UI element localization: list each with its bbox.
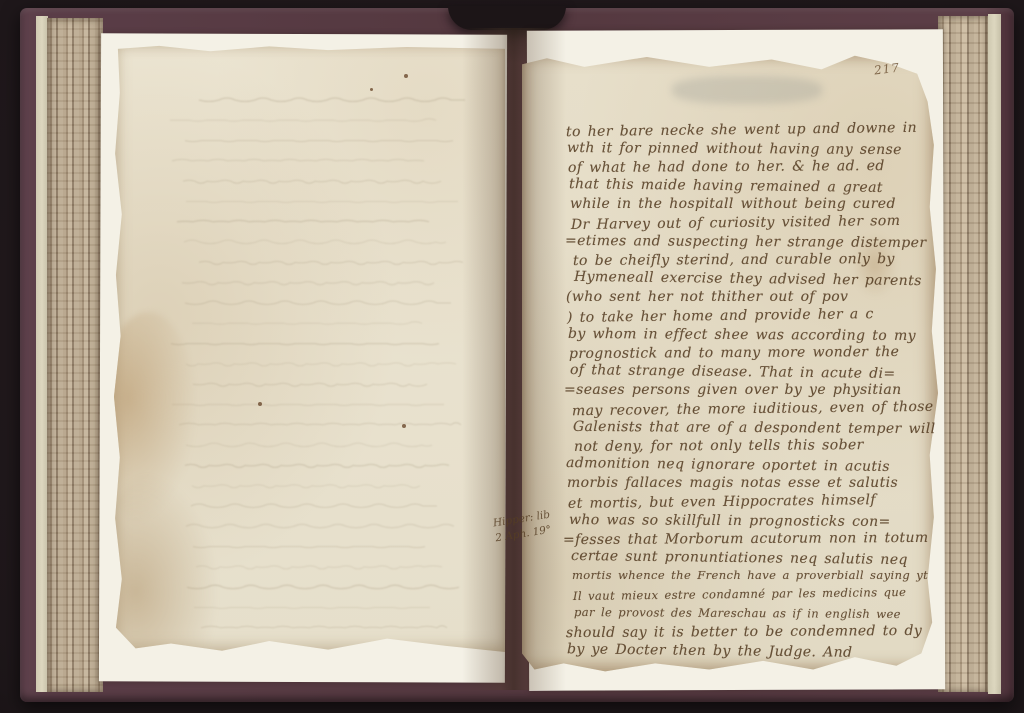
manuscript-book-photo: 217 Hipper: lib 2 Aph. 19° to her bare n… (0, 0, 1024, 713)
bleedthrough-line (185, 141, 453, 142)
ink-speck (402, 424, 406, 428)
manuscript-text-line: of what he had done to her. & he ad. ed (568, 158, 885, 176)
manuscript-text-line: ) to take her home and provide her a c (567, 306, 874, 326)
bleedthrough-line (194, 608, 430, 609)
manuscript-text-line: Hymeneall exercise they advised her pare… (574, 269, 922, 289)
manuscript-text-line: Il vaut mieux estre condamné par les med… (573, 585, 906, 603)
bleedthrough-line (186, 443, 432, 447)
bleedthrough-line (186, 524, 454, 528)
bleedthrough-line (196, 566, 442, 569)
right-page-block-edge (938, 16, 989, 692)
paper-smudge (672, 76, 822, 104)
bleedthrough-line (172, 405, 444, 406)
manuscript-text-line: by whom in effect shee was according to … (568, 326, 916, 344)
manuscript-text-line: admonition neq ignorare oportet in acuti… (566, 455, 890, 475)
bleedthrough-line (201, 626, 447, 628)
bleedthrough-line (182, 282, 434, 285)
right-flyleaf-edge (988, 14, 1001, 694)
manuscript-text-line: =seases persons given over by ye physiti… (564, 382, 902, 398)
ink-speck (404, 74, 408, 78)
bleedthrough-line (199, 98, 465, 102)
bleedthrough-line (183, 180, 441, 183)
bleedthrough-line (177, 220, 429, 222)
bleedthrough-line (184, 240, 446, 244)
bleedthrough-line (171, 344, 439, 345)
ink-speck (258, 402, 262, 406)
manuscript-text-line: prognostick and to many more wonder the (569, 344, 899, 362)
manuscript-text-line: par le provost des Mareschau as if in en… (574, 605, 901, 621)
manuscript-text-line: may recover, the more iuditious, even of… (572, 399, 934, 419)
bleedthrough-line (193, 383, 427, 386)
bleedthrough-line (185, 301, 451, 305)
manuscript-text-line: certae sunt pronuntiationes neq salutis … (571, 548, 908, 568)
manuscript-text-line: mortis whence the French have a proverbi… (572, 568, 928, 582)
manuscript-text-line: who was so skillfull in prognosticks con… (569, 512, 891, 530)
manuscript-text-line: of that strange disease. That in acute d… (570, 362, 896, 382)
manuscript-text-line: morbis fallaces magis notas esse et salu… (567, 475, 898, 491)
manuscript-text-line: =fesses that Morborum acutorum non in to… (563, 530, 929, 548)
manuscript-text-line: to be cheifly sterind, and curable only … (573, 251, 895, 269)
bleedthrough-line (170, 119, 436, 122)
manuscript-text-line: to her bare necke she went up and downe … (566, 120, 917, 140)
manuscript-text-line: wth it for pinned without having any sen… (567, 140, 902, 158)
bleedthrough-line (186, 202, 458, 203)
handwriting-lines: to her bare necke she went up and downe … (570, 122, 926, 682)
bleedthrough-line (185, 464, 449, 467)
ink-speck (370, 88, 373, 91)
bleedthrough-line (193, 547, 425, 548)
bleedthrough-line (172, 159, 424, 161)
manuscript-text-line: that this maide having remained a great (569, 176, 883, 196)
manuscript-text-line: by ye Docter then by the Judge. And (567, 641, 853, 660)
manuscript-text-line: et mortis, but even Hippocrates himself (568, 492, 876, 512)
manuscript-text-line: should say it is better to be condemned … (566, 623, 922, 641)
left-manuscript-page (112, 44, 505, 652)
manuscript-text-line: (who sent her not thither out of pov (566, 289, 848, 305)
manuscript-text-line: Dr Harvey out of curiosity visited her s… (571, 213, 901, 233)
bleedthrough-line (192, 485, 420, 488)
manuscript-text-line: while in the hospitall without being cur… (570, 196, 896, 212)
bleedthrough-line (187, 585, 459, 589)
manuscript-text-line: Galenists that are of a despondent tempe… (573, 418, 936, 436)
bleedthrough-line (191, 504, 437, 508)
bleedthrough-line (199, 261, 463, 264)
bleedthrough-line (186, 363, 456, 366)
bleedthrough-line (179, 423, 461, 425)
manuscript-text-line: not deny, for not only tells this sober (574, 437, 864, 455)
left-page-block-edge (47, 18, 103, 692)
bleedthrough-line (192, 322, 422, 325)
manuscript-text-line: =etimes and suspecting her strange diste… (565, 232, 927, 250)
